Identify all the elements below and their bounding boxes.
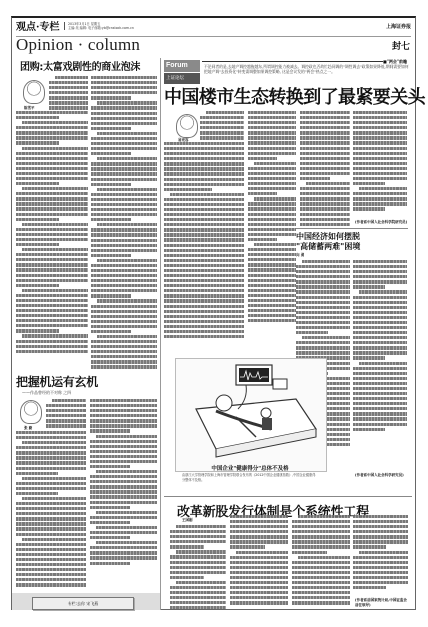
forum-tag-cn: 上证论坛 bbox=[164, 73, 200, 84]
newspaper-page: 观点·专栏 2013年3月1日 星期五 主编:吴 编辑: 电子邮箱:yb@cns… bbox=[11, 16, 416, 610]
author-photo-2 bbox=[20, 400, 42, 424]
feature-byline-end: (作者系中国人社会科学院研究员) bbox=[355, 220, 407, 225]
bottom-byline-end: (作者系前国家统计局,中国证监会前任领导) bbox=[355, 598, 410, 608]
side-headline-line1: 中国经济如何摆脱 bbox=[296, 232, 416, 242]
article2-text-col1 bbox=[16, 431, 86, 591]
feature-text-col3 bbox=[300, 111, 350, 229]
feature-text-col1-top bbox=[200, 111, 244, 141]
feature-text-col4 bbox=[353, 111, 407, 236]
column-tag-box: 专栏:去你 宋飞燕 bbox=[32, 597, 134, 610]
bottom-text-col2 bbox=[230, 515, 288, 610]
side-text-col2 bbox=[353, 260, 407, 478]
article1-text-col2 bbox=[91, 76, 157, 371]
feature-author-photo bbox=[176, 114, 198, 138]
bottom-text-col4 bbox=[353, 515, 408, 595]
forum-tag-en: Forum bbox=[164, 60, 200, 72]
article1-text-col1-top bbox=[49, 76, 88, 110]
article1-text-col1 bbox=[16, 111, 88, 371]
bottom-text-col3 bbox=[292, 515, 350, 610]
article1-headline[interactable]: 团购:太富戏剧性的商业泡沫 bbox=[20, 61, 157, 74]
section-name: 观点·专栏 bbox=[16, 22, 59, 34]
feature-lead: 不论同者的是,去地产调控越拖越东,所谓调控能力被减去。调控政也否故忙趋同调的"调… bbox=[204, 64, 409, 74]
masthead-editor: 主编:吴 编辑: 电子邮箱:yb@cnstock.com.cn bbox=[68, 26, 134, 30]
side-byline-end: (作者系中国人社会科学研究员) bbox=[355, 473, 404, 478]
feature-text-col2-lower bbox=[248, 348, 294, 488]
feature-headline[interactable]: 中国楼市生态转换到了最紧要关头 bbox=[164, 88, 409, 108]
column-divider bbox=[160, 58, 161, 610]
side-article-headline[interactable]: 中国经济如何摆脱 "高储蓄两难"困境 bbox=[296, 232, 416, 252]
side-article-author: 向 勇 bbox=[296, 253, 304, 258]
column-tag: 专栏:去你 宋飞燕 bbox=[68, 601, 99, 607]
author-photo bbox=[23, 80, 45, 104]
series-rule bbox=[202, 61, 383, 62]
masthead-meta: 2013年3月1日 星期五 主编:吴 编辑: 电子邮箱:yb@cnstock.c… bbox=[64, 22, 134, 30]
section-english-title: Opinion · column bbox=[16, 36, 140, 54]
bottom-article-rule bbox=[164, 496, 412, 497]
article2-text-col2 bbox=[90, 399, 157, 591]
article2-headline[interactable]: 把握机运有玄机 bbox=[16, 373, 98, 390]
side-headline-line2: "高储蓄两难"困境 bbox=[296, 242, 416, 252]
feature-text-col1 bbox=[164, 142, 244, 342]
paper-name: 上海证券报 bbox=[386, 23, 411, 30]
bottom-text-col1 bbox=[170, 525, 226, 610]
side-article-rule bbox=[296, 228, 408, 229]
page-number: 封七 bbox=[392, 39, 410, 52]
article2-subhead: ——作品曾经的不对称 之四 bbox=[22, 390, 71, 396]
forum-tag: Forum 上证论坛 bbox=[164, 60, 200, 84]
article2-text-col1-top bbox=[46, 399, 86, 429]
bottom-article-author: 王国刚 bbox=[182, 518, 193, 523]
left-column: 团购:太富戏剧性的商业泡沫 bbox=[16, 58, 157, 77]
feature-text-col2 bbox=[248, 111, 296, 346]
